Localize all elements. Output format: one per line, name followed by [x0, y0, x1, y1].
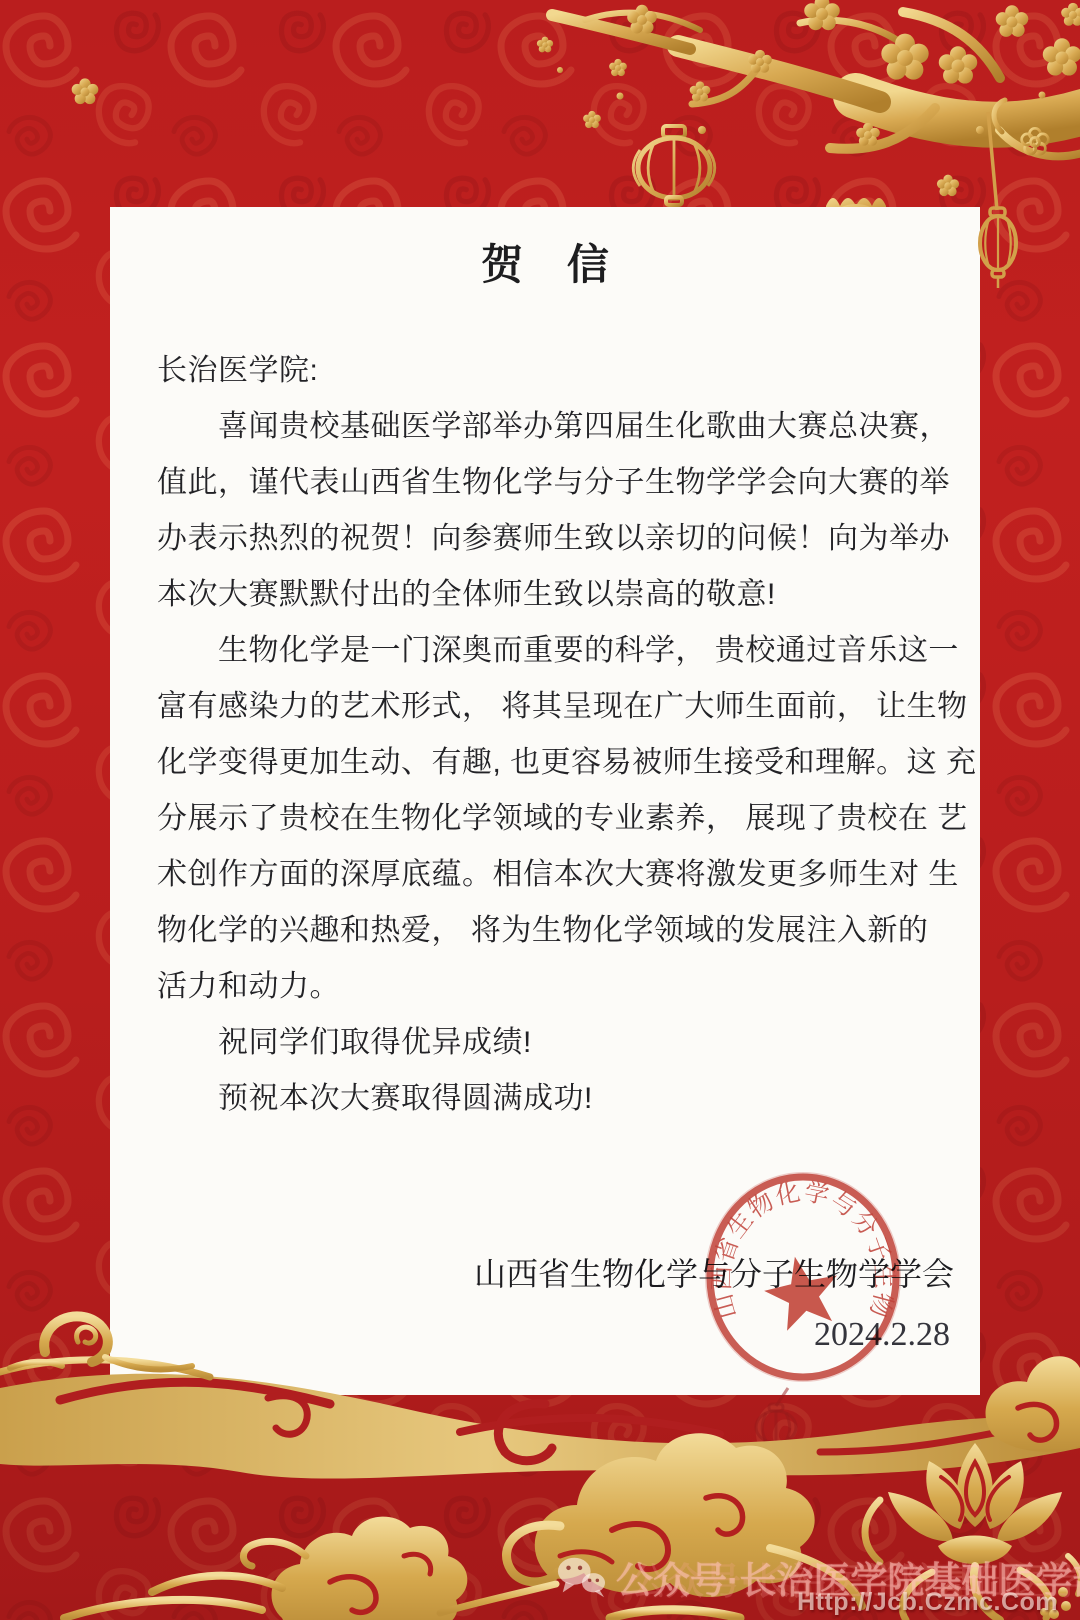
letter-line: 祝同学们取得优异成绩!	[157, 1015, 924, 1071]
letter-title: 贺 信	[110, 237, 980, 293]
congratulatory-letter-poster: 贺 信 长治医学院: 喜闻贵校基础医学部举办第四届生化歌曲大赛总决赛， 值此，谨…	[0, 0, 1080, 1620]
cloud-icon	[64, 1517, 467, 1620]
watermark-url: Http://Jcb.Czmc.Com	[797, 1588, 1058, 1617]
letter-line: 办表示热烈的祝贺！向参赛师生致以亲切的问候！向为举办	[157, 511, 924, 567]
plum-branch-icon	[552, 12, 1080, 156]
letter-line: 预祝本次大赛取得圆满成功!	[157, 1071, 924, 1127]
letter-line: 值此，谨代表山西省生物化学与分子生物学学会向大赛的举	[157, 455, 924, 511]
letter-line: 富有感染力的艺术形式， 将其呈现在广大师生面前， 让生物	[157, 679, 924, 735]
letter-line: 长治医学院:	[157, 343, 924, 399]
wechat-icon	[556, 1555, 606, 1599]
letter-line: 分展示了贵校在生物化学领域的专业素养， 展现了贵校在 艺	[157, 791, 924, 847]
letter-line: 生物化学是一门深奥而重要的科学， 贵校通过音乐这一	[157, 623, 924, 679]
letter-line: 本次大赛默默付出的全体师生致以崇高的敬意!	[157, 567, 924, 623]
official-seal: 山西省生物化学与分子生物学学会	[683, 1157, 923, 1397]
plum-blossom-icons	[72, 0, 1080, 196]
lantern-icon	[633, 62, 715, 216]
letter-line: 活力和动力。	[157, 959, 924, 1015]
letter-paper: 贺 信 长治医学院: 喜闻贵校基础医学部举办第四届生化歌曲大赛总决赛， 值此，谨…	[110, 207, 980, 1395]
letter-line: 喜闻贵校基础医学部举办第四届生化歌曲大赛总决赛，	[157, 399, 924, 455]
seal-star	[759, 1249, 846, 1334]
letter-line: 术创作方面的深厚底蕴。相信本次大赛将激发更多师生对 生	[157, 847, 924, 903]
lantern-icon	[980, 112, 1016, 288]
letter-line: 物化学的兴趣和热爱， 将为生物化学领域的发展注入新的	[157, 903, 924, 959]
letter-line: 化学变得更加生动、有趣, 也更容易被师生接受和理解。这 充	[157, 735, 924, 791]
letter-body: 长治医学院: 喜闻贵校基础医学部举办第四届生化歌曲大赛总决赛， 值此，谨代表山西…	[157, 343, 924, 1127]
cloud-icon	[986, 1356, 1080, 1452]
